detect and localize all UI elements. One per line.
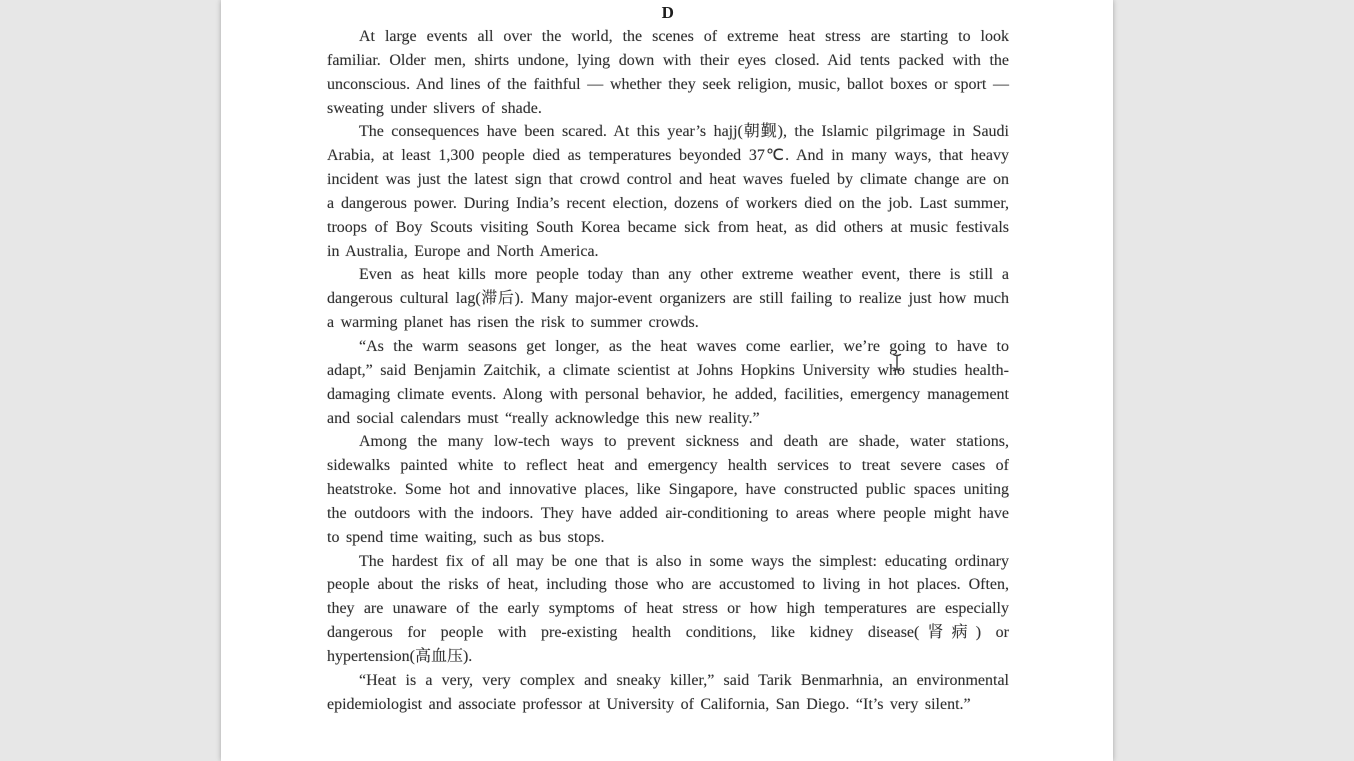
page-content: D At large events all over the world, th…: [221, 0, 1113, 716]
paragraph-7[interactable]: “Heat is a very, very complex and sneaky…: [327, 669, 1009, 717]
document-viewer-canvas: D At large events all over the world, th…: [0, 0, 1354, 761]
paragraph-5[interactable]: Among the many low-tech ways to prevent …: [327, 430, 1009, 549]
paragraph-2[interactable]: The consequences have been scared. At th…: [327, 120, 1009, 263]
paragraph-3[interactable]: Even as heat kills more people today tha…: [327, 263, 1009, 335]
paragraph-6[interactable]: The hardest fix of all may be one that i…: [327, 550, 1009, 669]
paragraph-4[interactable]: “As the warm seasons get longer, as the …: [327, 335, 1009, 430]
section-heading[interactable]: D: [327, 0, 1009, 25]
paragraph-1[interactable]: At large events all over the world, the …: [327, 25, 1009, 120]
document-page[interactable]: D At large events all over the world, th…: [221, 0, 1113, 761]
